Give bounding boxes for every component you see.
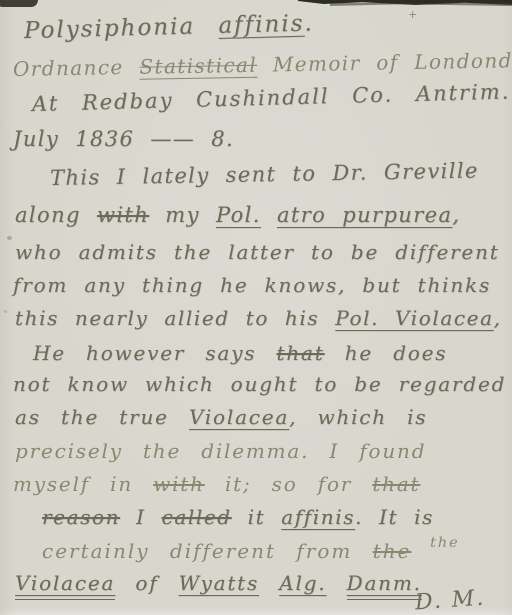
manuscript-line: who admits the latter to be different bbox=[15, 240, 500, 264]
text-segment: with bbox=[97, 203, 149, 227]
signature-initials: D. M. bbox=[414, 586, 486, 615]
text-segment: who admits the latter to be different bbox=[15, 240, 500, 264]
text-segment: he does bbox=[325, 341, 448, 365]
text-segment: He however says bbox=[33, 341, 276, 365]
text-segment: Pol. bbox=[216, 203, 261, 227]
text-segment: this nearly allied to his bbox=[15, 306, 335, 330]
text-segment: atro purpurea bbox=[277, 203, 452, 227]
manuscript-line-locality: At Redbay Cushindall Co. Antrim. bbox=[32, 79, 511, 116]
text-segment: Statistical bbox=[139, 53, 257, 79]
text-segment: it; so for bbox=[205, 472, 373, 496]
text-segment: I bbox=[120, 505, 161, 529]
text-segment: the bbox=[373, 539, 412, 563]
manuscript-line-title: Polysiphonia affinis. bbox=[24, 10, 314, 44]
paper-speck bbox=[4, 310, 7, 313]
text-segment: . bbox=[304, 10, 314, 36]
text-segment: Wyatts bbox=[179, 571, 259, 595]
text-segment: with bbox=[153, 472, 205, 496]
text-segment: Violacea bbox=[189, 405, 289, 429]
manuscript-line: This I lately sent to Dr. Greville bbox=[50, 159, 479, 190]
text-segment: from any thing he knows, but thinks bbox=[13, 273, 491, 297]
text-segment: reason bbox=[42, 505, 120, 529]
text-segment: not know which ought to be regarded bbox=[13, 372, 506, 396]
text-segment: along bbox=[15, 203, 97, 227]
text-segment: , which is bbox=[289, 405, 427, 429]
manuscript-line: He however says that he does bbox=[33, 341, 447, 365]
text-segment: called bbox=[162, 505, 232, 529]
text-segment: Alg. bbox=[279, 571, 326, 595]
manuscript-line-date: July 1836 —— 8. bbox=[13, 127, 234, 151]
text-segment: certainly different from bbox=[42, 539, 373, 563]
manuscript-line: from any thing he knows, but thinks bbox=[13, 273, 491, 297]
text-segment bbox=[261, 203, 277, 227]
manuscript-page: + Polysiphonia affinis. Ordnance Statist… bbox=[0, 0, 512, 615]
text-segment bbox=[259, 571, 279, 595]
text-segment: , bbox=[494, 306, 502, 330]
text-segment: affinis bbox=[281, 505, 355, 529]
text-segment: of bbox=[115, 571, 178, 595]
text-segment: . It is bbox=[355, 505, 434, 529]
manuscript-line: certainly different from the the bbox=[42, 539, 460, 563]
text-segment bbox=[326, 571, 346, 595]
text-segment: At Redbay Cushindall Co. Antrim. bbox=[32, 79, 511, 116]
text-segment: as the true bbox=[15, 405, 189, 429]
manuscript-line: reason I called it affinis. It is bbox=[42, 505, 434, 529]
text-segment: my bbox=[149, 203, 216, 227]
text-segment: July 1836 —— 8. bbox=[13, 127, 234, 151]
paper-speck bbox=[7, 236, 12, 240]
text-segment: precisely the dilemma. I found bbox=[15, 439, 426, 463]
text-segment: Violacea bbox=[15, 571, 115, 600]
text-segment: affinis bbox=[218, 11, 305, 39]
manuscript-line: as the true Violacea, which is bbox=[15, 405, 427, 429]
manuscript-line-source: Ordnance Statistical Memoir of Londonder… bbox=[13, 47, 512, 81]
text-segment: myself in bbox=[13, 472, 153, 496]
text-segment: Polysiphonia bbox=[24, 13, 219, 44]
text-segment: Memoir of Londonderry. bbox=[257, 47, 512, 76]
text-segment: that bbox=[276, 341, 324, 365]
manuscript-line: along with my Pol. atro purpurea, bbox=[15, 203, 461, 227]
text-segment: that bbox=[372, 472, 420, 496]
text-segment: Danm. bbox=[347, 571, 422, 600]
text-segment: , bbox=[452, 203, 460, 227]
text-segment: the bbox=[412, 535, 460, 551]
manuscript-line: not know which ought to be regarded bbox=[13, 372, 506, 396]
text-segment: Pol. Violacea bbox=[335, 306, 493, 330]
manuscript-line: myself in with it; so for that bbox=[13, 472, 420, 496]
manuscript-line: this nearly allied to his Pol. Violacea, bbox=[15, 306, 502, 330]
text-segment: it bbox=[232, 505, 282, 529]
manuscript-line: precisely the dilemma. I found bbox=[15, 439, 426, 463]
paper-plus-mark: + bbox=[408, 8, 417, 21]
text-segment: Ordnance bbox=[13, 55, 140, 81]
scan-edge-artifact-top-left bbox=[0, 0, 38, 7]
text-segment: This I lately sent to Dr. Greville bbox=[50, 159, 479, 190]
manuscript-line: Violacea of Wyatts Alg. Danm. bbox=[15, 571, 422, 595]
